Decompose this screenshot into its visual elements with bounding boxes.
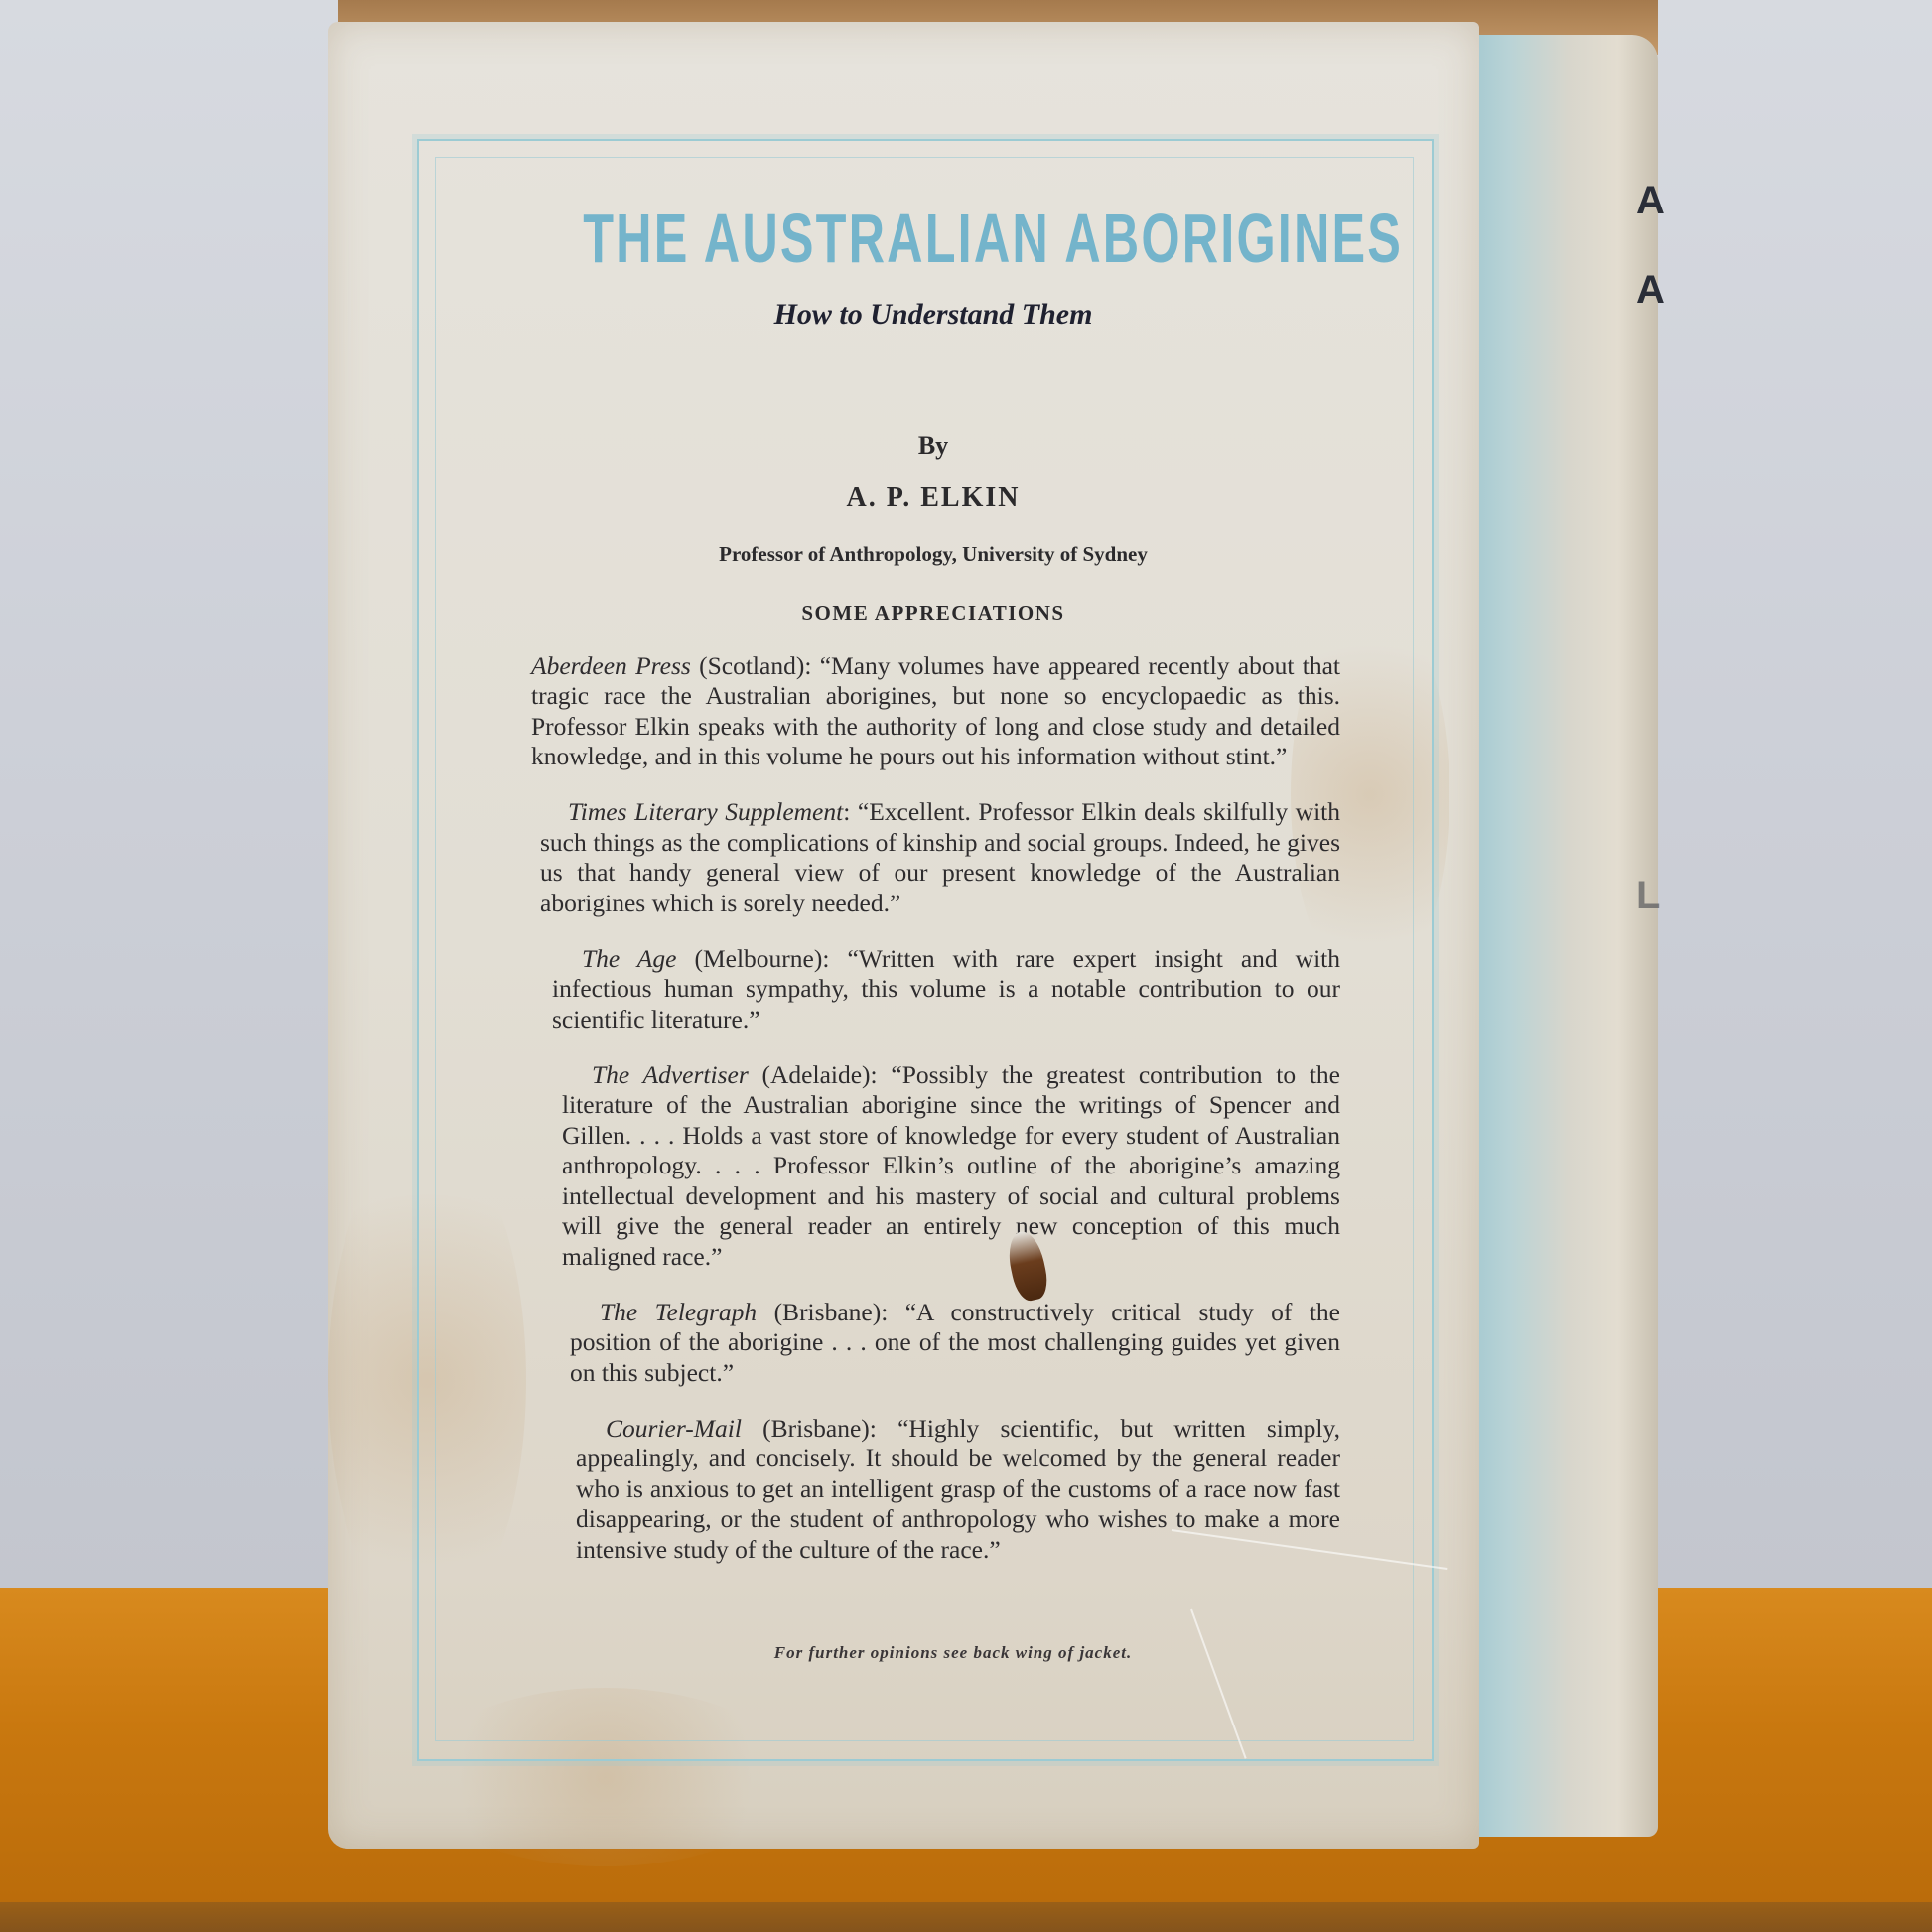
review-quote: The Advertiser (Adelaide): “Possibly the…: [562, 1060, 1340, 1273]
book-title: THE AUSTRALIAN ABORIGINES: [583, 199, 1284, 278]
review-place: (Scotland):: [691, 651, 820, 680]
review-source: The Age: [582, 944, 676, 973]
review-source: Aberdeen Press: [531, 651, 691, 680]
review-quote: Aberdeen Press (Scotland): “Many volumes…: [531, 651, 1340, 772]
review-quote: The Telegraph (Brisbane): “A constructiv…: [570, 1298, 1340, 1389]
review-source: Courier-Mail: [606, 1414, 742, 1443]
author-affiliation: Professor of Anthropology, University of…: [526, 542, 1340, 567]
spine-letter: A: [1636, 179, 1665, 223]
footer-note: For further opinions see back wing of ja…: [695, 1643, 1211, 1663]
review-quotes: Aberdeen Press (Scotland): “Many volumes…: [526, 651, 1340, 1566]
book-subtitle: How to Understand Them: [526, 298, 1340, 332]
shelf-front-edge: [0, 1902, 1932, 1932]
review-quote: Courier-Mail (Brisbane): “Highly scienti…: [576, 1414, 1340, 1566]
review-place: (Melbourne):: [676, 944, 847, 973]
by-line: By: [526, 431, 1340, 461]
review-source: The Telegraph: [600, 1298, 757, 1326]
review-text: “Possibly the greatest contribution to t…: [562, 1060, 1340, 1271]
review-source: Times Literary Supplement: [568, 797, 843, 826]
author-name: A. P. ELKIN: [526, 483, 1340, 514]
spine-letter: A: [1636, 268, 1665, 313]
review-place: :: [843, 797, 858, 826]
review-place: (Adelaide):: [749, 1060, 892, 1089]
review-place: (Brisbane):: [742, 1414, 897, 1443]
review-quote: Times Literary Supplement: “Excellent. P…: [540, 797, 1340, 918]
review-place: (Brisbane):: [757, 1298, 905, 1326]
review-source: The Advertiser: [592, 1060, 749, 1089]
book-spine: [1459, 35, 1658, 1837]
jacket-text-block: THE AUSTRALIAN ABORIGINES How to Underst…: [526, 199, 1340, 1575]
spine-letter: L: [1636, 874, 1660, 918]
review-quote: The Age (Melbourne): “Written with rare …: [552, 944, 1340, 1035]
appreciations-heading: SOME APPRECIATIONS: [526, 601, 1340, 625]
